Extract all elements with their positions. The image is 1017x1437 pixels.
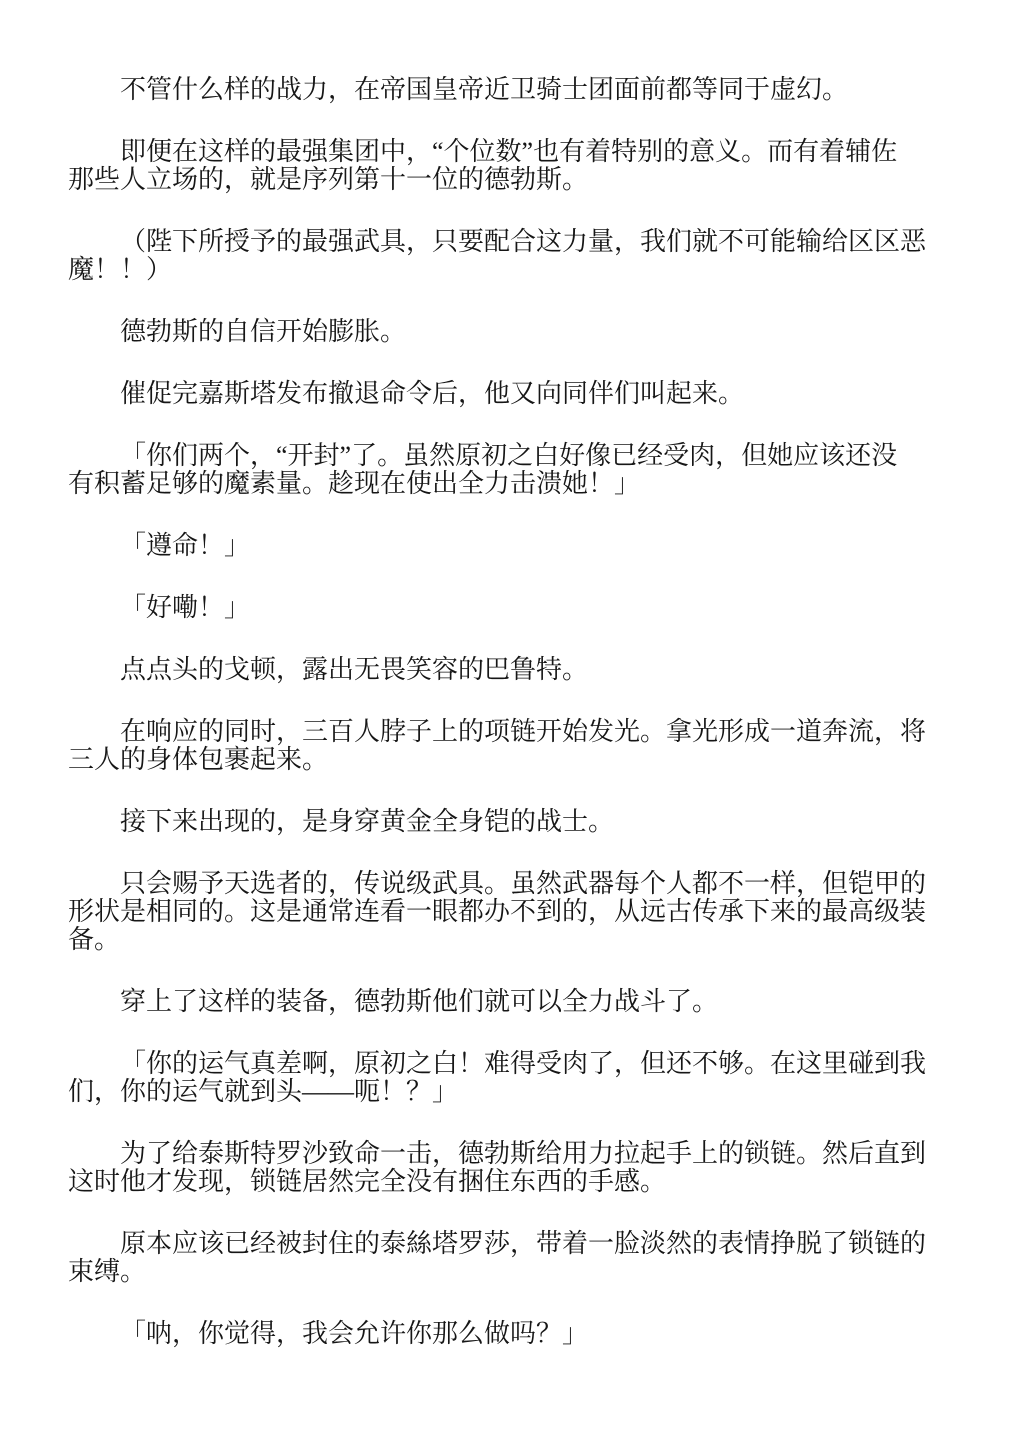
paragraph: 只会赐予天选者的，传说级武具。虽然武器每个人都不一样，但铠甲的形状是相同的。这是… [68, 870, 926, 954]
text-line: 原本应该已经被封住的泰絲塔罗莎，带着一脸淡然的表情挣脱了锁链的 [68, 1230, 926, 1258]
text-line: 三人的身体包裹起来。 [68, 746, 926, 774]
paragraph: 不管什么样的战力，在帝国皇帝近卫骑士团面前都等同于虚幻。 [68, 76, 926, 104]
text-line: 「好嘞！」 [68, 594, 926, 622]
text-line: 只会赐予天选者的，传说级武具。虽然武器每个人都不一样，但铠甲的 [68, 870, 926, 898]
paragraph: 「你的运气真差啊，原初之白！难得受肉了，但还不够。在这里碰到我们，你的运气就到头… [68, 1050, 926, 1106]
text-line: 备。 [68, 926, 926, 954]
text-line: 即便在这样的最强集团中，“个位数”也有着特别的意义。而有着辅佐 [68, 138, 926, 166]
text-line: 束缚。 [68, 1258, 926, 1286]
text-line: 魔！！） [68, 256, 926, 284]
text-line: 催促完嘉斯塔发布撤退命令后，他又向同伴们叫起来。 [68, 380, 926, 408]
paragraph: 为了给泰斯特罗沙致命一击，德勃斯给用力拉起手上的锁链。然后直到这时他才发现，锁链… [68, 1140, 926, 1196]
text-line: 有积蓄足够的魔素量。趁现在使出全力击溃她！」 [68, 470, 926, 498]
text-line: 接下来出现的，是身穿黄金全身铠的战士。 [68, 808, 926, 836]
text-line: 形状是相同的。这是通常连看一眼都办不到的，从远古传承下来的最高级装 [68, 898, 926, 926]
paragraph: 「你们两个，“开封”了。虽然原初之白好像已经受肉，但她应该还没有积蓄足够的魔素量… [68, 442, 926, 498]
text-line: 为了给泰斯特罗沙致命一击，德勃斯给用力拉起手上的锁链。然后直到 [68, 1140, 926, 1168]
text-line: 德勃斯的自信开始膨胀。 [68, 318, 926, 346]
document-page: 不管什么样的战力，在帝国皇帝近卫骑士团面前都等同于虚幻。即便在这样的最强集团中，… [0, 0, 1017, 1437]
document-body: 不管什么样的战力，在帝国皇帝近卫骑士团面前都等同于虚幻。即便在这样的最强集团中，… [68, 76, 1017, 1348]
text-line: 「呐，你觉得，我会允许你那么做吗？」 [68, 1320, 926, 1348]
paragraph: 在响应的同时，三百人脖子上的项链开始发光。拿光形成一道奔流，将三人的身体包裹起来… [68, 718, 926, 774]
text-line: 这时他才发现，锁链居然完全没有捆住东西的手感。 [68, 1168, 926, 1196]
paragraph: 「好嘞！」 [68, 594, 926, 622]
paragraph: 接下来出现的，是身穿黄金全身铠的战士。 [68, 808, 926, 836]
paragraph: 穿上了这样的装备，德勃斯他们就可以全力战斗了。 [68, 988, 926, 1016]
paragraph: 催促完嘉斯塔发布撤退命令后，他又向同伴们叫起来。 [68, 380, 926, 408]
text-line: 「遵命！」 [68, 532, 926, 560]
text-line: （陛下所授予的最强武具，只要配合这力量，我们就不可能输给区区恶 [68, 228, 926, 256]
text-line: 在响应的同时，三百人脖子上的项链开始发光。拿光形成一道奔流，将 [68, 718, 926, 746]
text-line: 那些人立场的，就是序列第十一位的德勃斯。 [68, 166, 926, 194]
text-line: 们，你的运气就到头——呃！？」 [68, 1078, 926, 1106]
text-line: 穿上了这样的装备，德勃斯他们就可以全力战斗了。 [68, 988, 926, 1016]
paragraph: 点点头的戈顿，露出无畏笑容的巴鲁特。 [68, 656, 926, 684]
paragraph: 「遵命！」 [68, 532, 926, 560]
paragraph: 「呐，你觉得，我会允许你那么做吗？」 [68, 1320, 926, 1348]
text-line: 「你们两个，“开封”了。虽然原初之白好像已经受肉，但她应该还没 [68, 442, 926, 470]
paragraph: 原本应该已经被封住的泰絲塔罗莎，带着一脸淡然的表情挣脱了锁链的束缚。 [68, 1230, 926, 1286]
text-line: 不管什么样的战力，在帝国皇帝近卫骑士团面前都等同于虚幻。 [68, 76, 926, 104]
paragraph: 德勃斯的自信开始膨胀。 [68, 318, 926, 346]
paragraph: （陛下所授予的最强武具，只要配合这力量，我们就不可能输给区区恶魔！！） [68, 228, 926, 284]
text-line: 点点头的戈顿，露出无畏笑容的巴鲁特。 [68, 656, 926, 684]
text-line: 「你的运气真差啊，原初之白！难得受肉了，但还不够。在这里碰到我 [68, 1050, 926, 1078]
paragraph: 即便在这样的最强集团中，“个位数”也有着特别的意义。而有着辅佐那些人立场的，就是… [68, 138, 926, 194]
